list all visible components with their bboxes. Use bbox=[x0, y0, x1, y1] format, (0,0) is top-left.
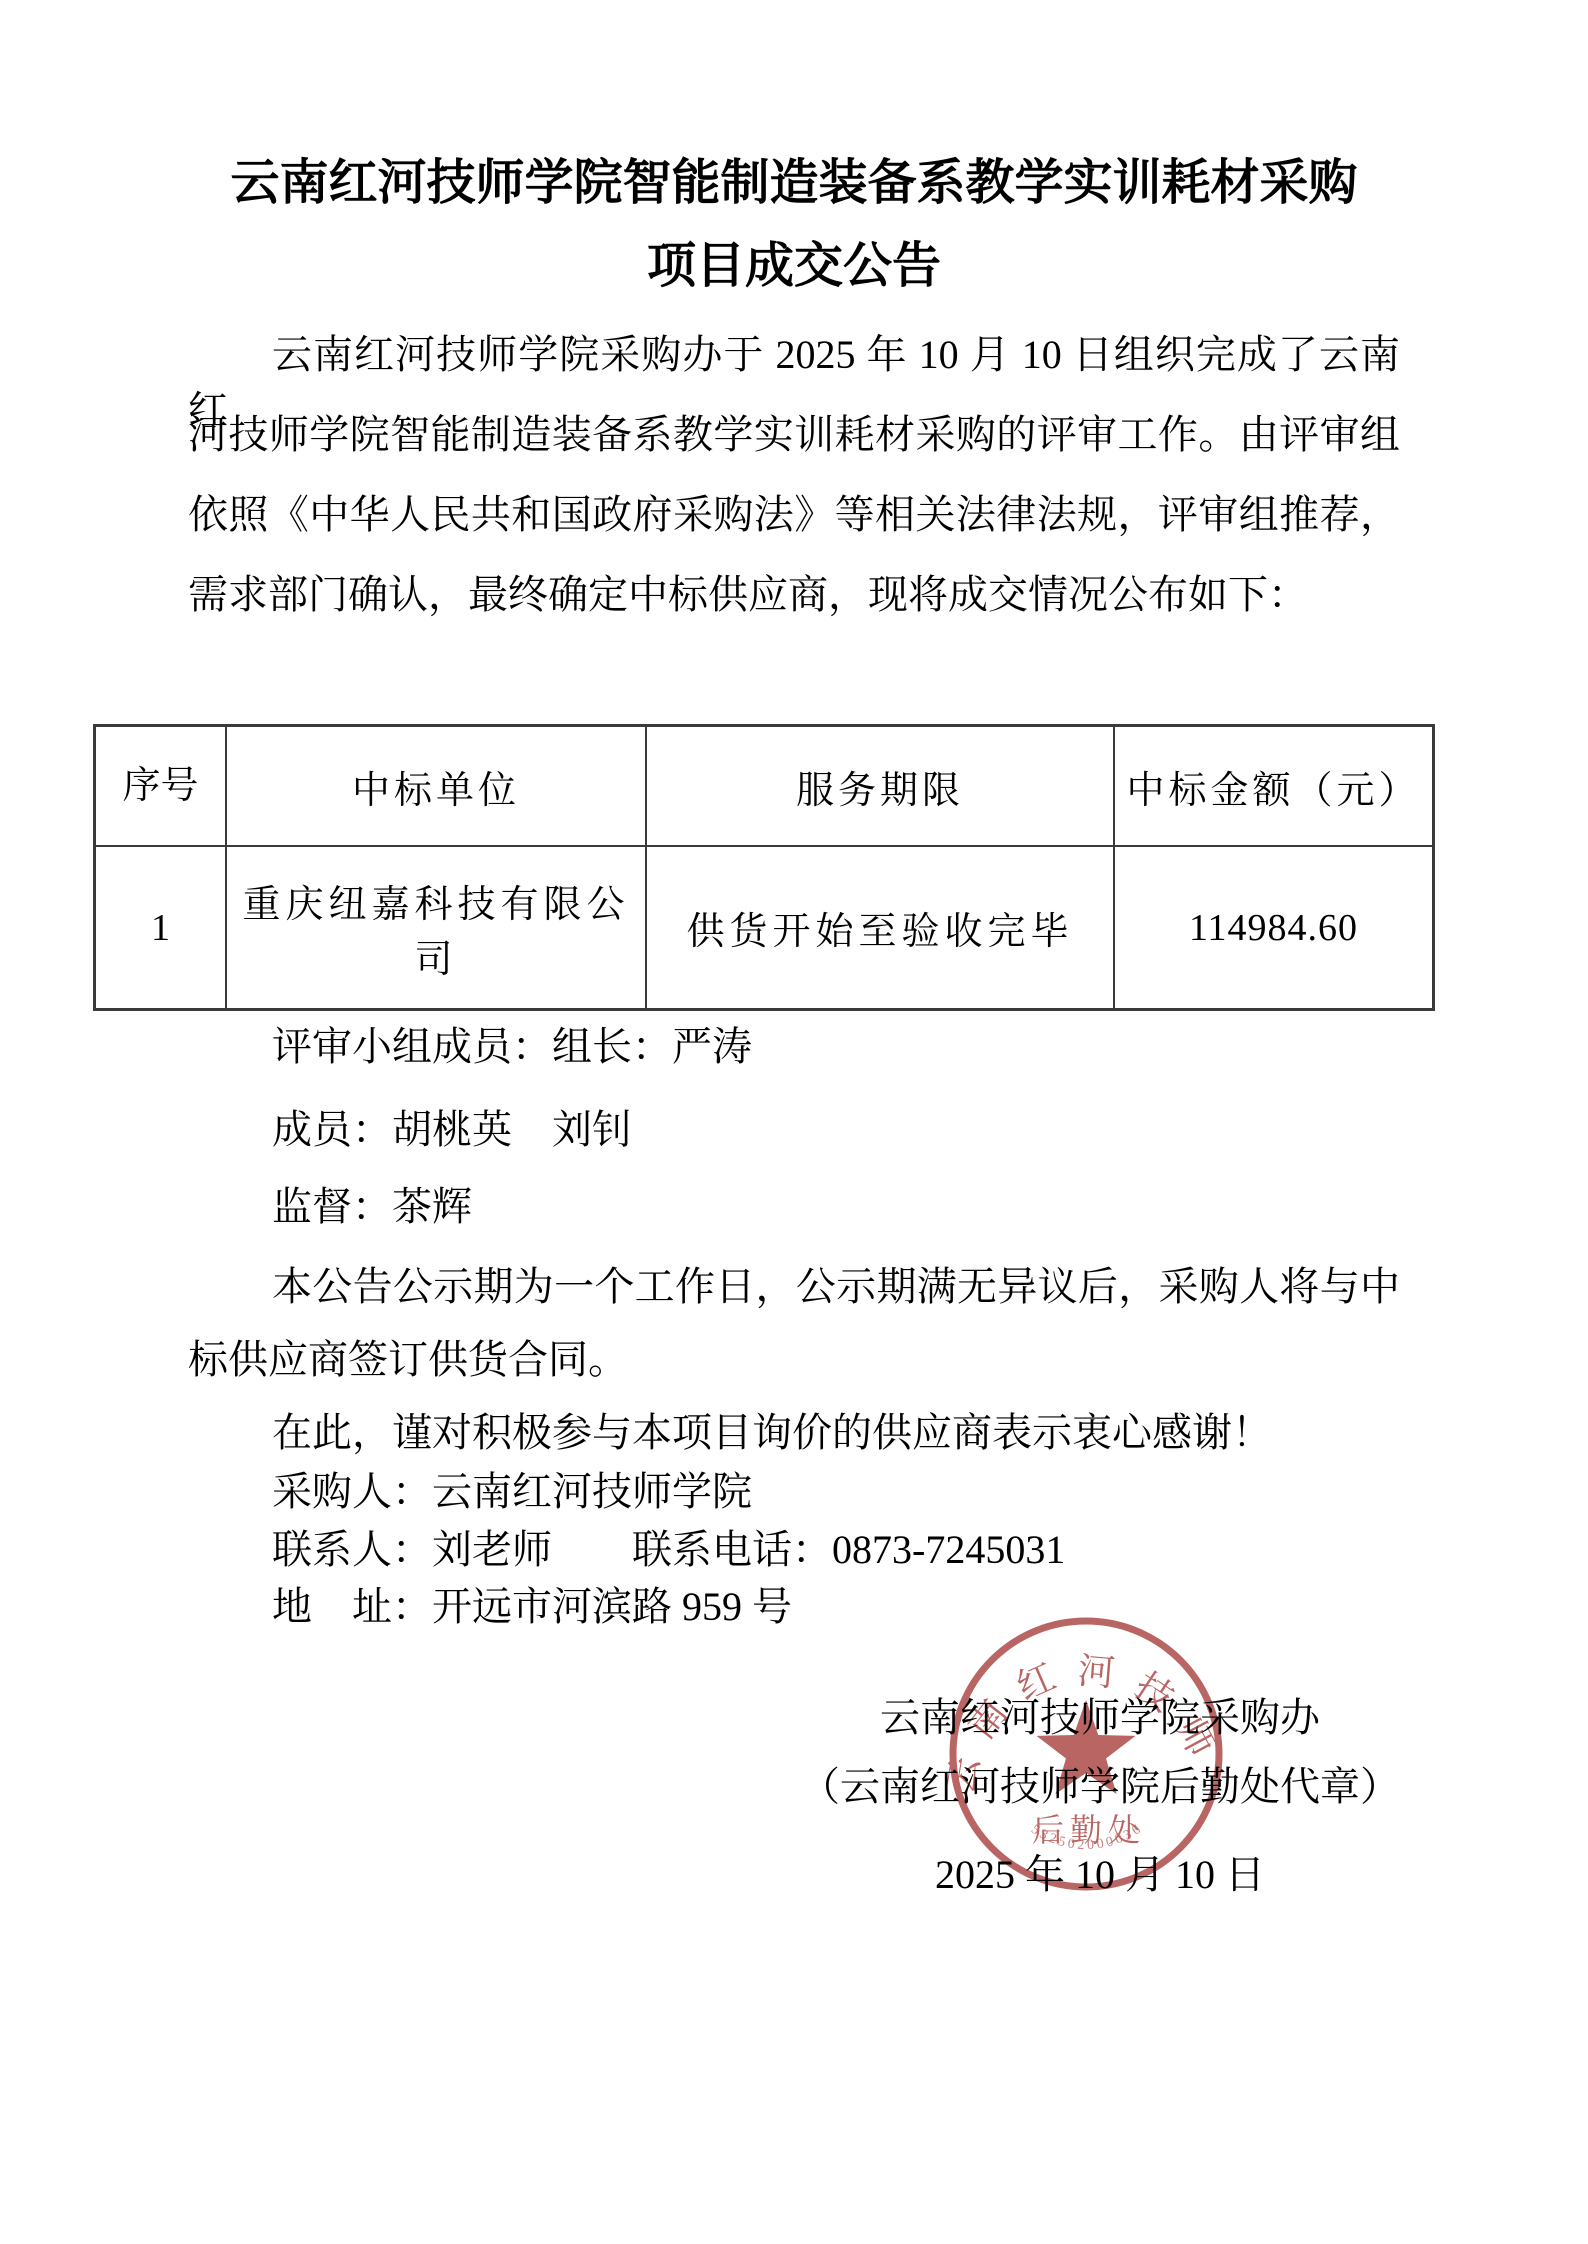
review-members-line: 成员：胡桃英 刘钊 bbox=[188, 1102, 1400, 1158]
table-cell-amount: 114984.60 bbox=[1114, 846, 1434, 1010]
signature-org-line: 云南红河技师学院采购办 bbox=[700, 1690, 1500, 1746]
address-line: 地 址：开远市河滨路 959 号 bbox=[188, 1579, 1400, 1635]
paragraph1-line2: 河技师学院智能制造装备系教学实训耗材采购的评审工作。由评审组 bbox=[188, 407, 1400, 463]
review-supervisor-line: 监督：茶辉 bbox=[188, 1179, 1400, 1235]
buyer-line: 采购人：云南红河技师学院 bbox=[188, 1464, 1400, 1520]
review-leader-line: 评审小组成员：组长：严涛 bbox=[188, 1019, 1400, 1075]
table-header-amount: 中标金额（元） bbox=[1114, 726, 1434, 847]
thanks-line: 在此，谨对积极参与本项目询价的供应商表示衷心感谢！ bbox=[188, 1405, 1400, 1461]
table-header-period: 服务期限 bbox=[646, 726, 1114, 847]
paragraph1-line3: 依照《中华人民共和国政府采购法》等相关法律法规，评审组推荐， bbox=[188, 487, 1400, 543]
table-header-no: 序号 bbox=[95, 726, 227, 847]
paragraph1-line4: 需求部门确认，最终确定中标供应商，现将成交情况公布如下： bbox=[188, 567, 1400, 623]
table-header-company: 中标单位 bbox=[226, 726, 646, 847]
signature-note-line: （云南红河技师学院后勤处代章） bbox=[700, 1759, 1500, 1815]
document-title-line1: 云南红河技师学院智能制造装备系教学实训耗材采购 bbox=[0, 153, 1588, 213]
document-page: 云南红河技师学院智能制造装备系教学实训耗材采购 项目成交公告 云南红河技师学院采… bbox=[0, 0, 1588, 2244]
table-row: 1 重庆纽嘉科技有限公司 供货开始至验收完毕 114984.60 bbox=[95, 846, 1434, 1010]
document-title-line2: 项目成交公告 bbox=[0, 236, 1588, 296]
award-table: 序号 中标单位 服务期限 中标金额（元） 1 重庆纽嘉科技有限公司 供货开始至验… bbox=[93, 724, 1435, 1011]
signature-date-line: 2025 年 10 月 10 日 bbox=[700, 1847, 1500, 1903]
table-cell-company: 重庆纽嘉科技有限公司 bbox=[226, 846, 646, 1010]
award-table-header-row: 序号 中标单位 服务期限 中标金额（元） bbox=[95, 726, 1434, 847]
table-cell-period: 供货开始至验收完毕 bbox=[646, 846, 1114, 1010]
notice-line2: 标供应商签订供货合同。 bbox=[188, 1332, 1400, 1388]
table-cell-no: 1 bbox=[95, 846, 227, 1010]
notice-line1: 本公告公示期为一个工作日，公示期满无异议后，采购人将与中 bbox=[188, 1259, 1400, 1315]
contact-person-line: 联系人：刘老师 联系电话：0873-7245031 bbox=[188, 1522, 1400, 1578]
